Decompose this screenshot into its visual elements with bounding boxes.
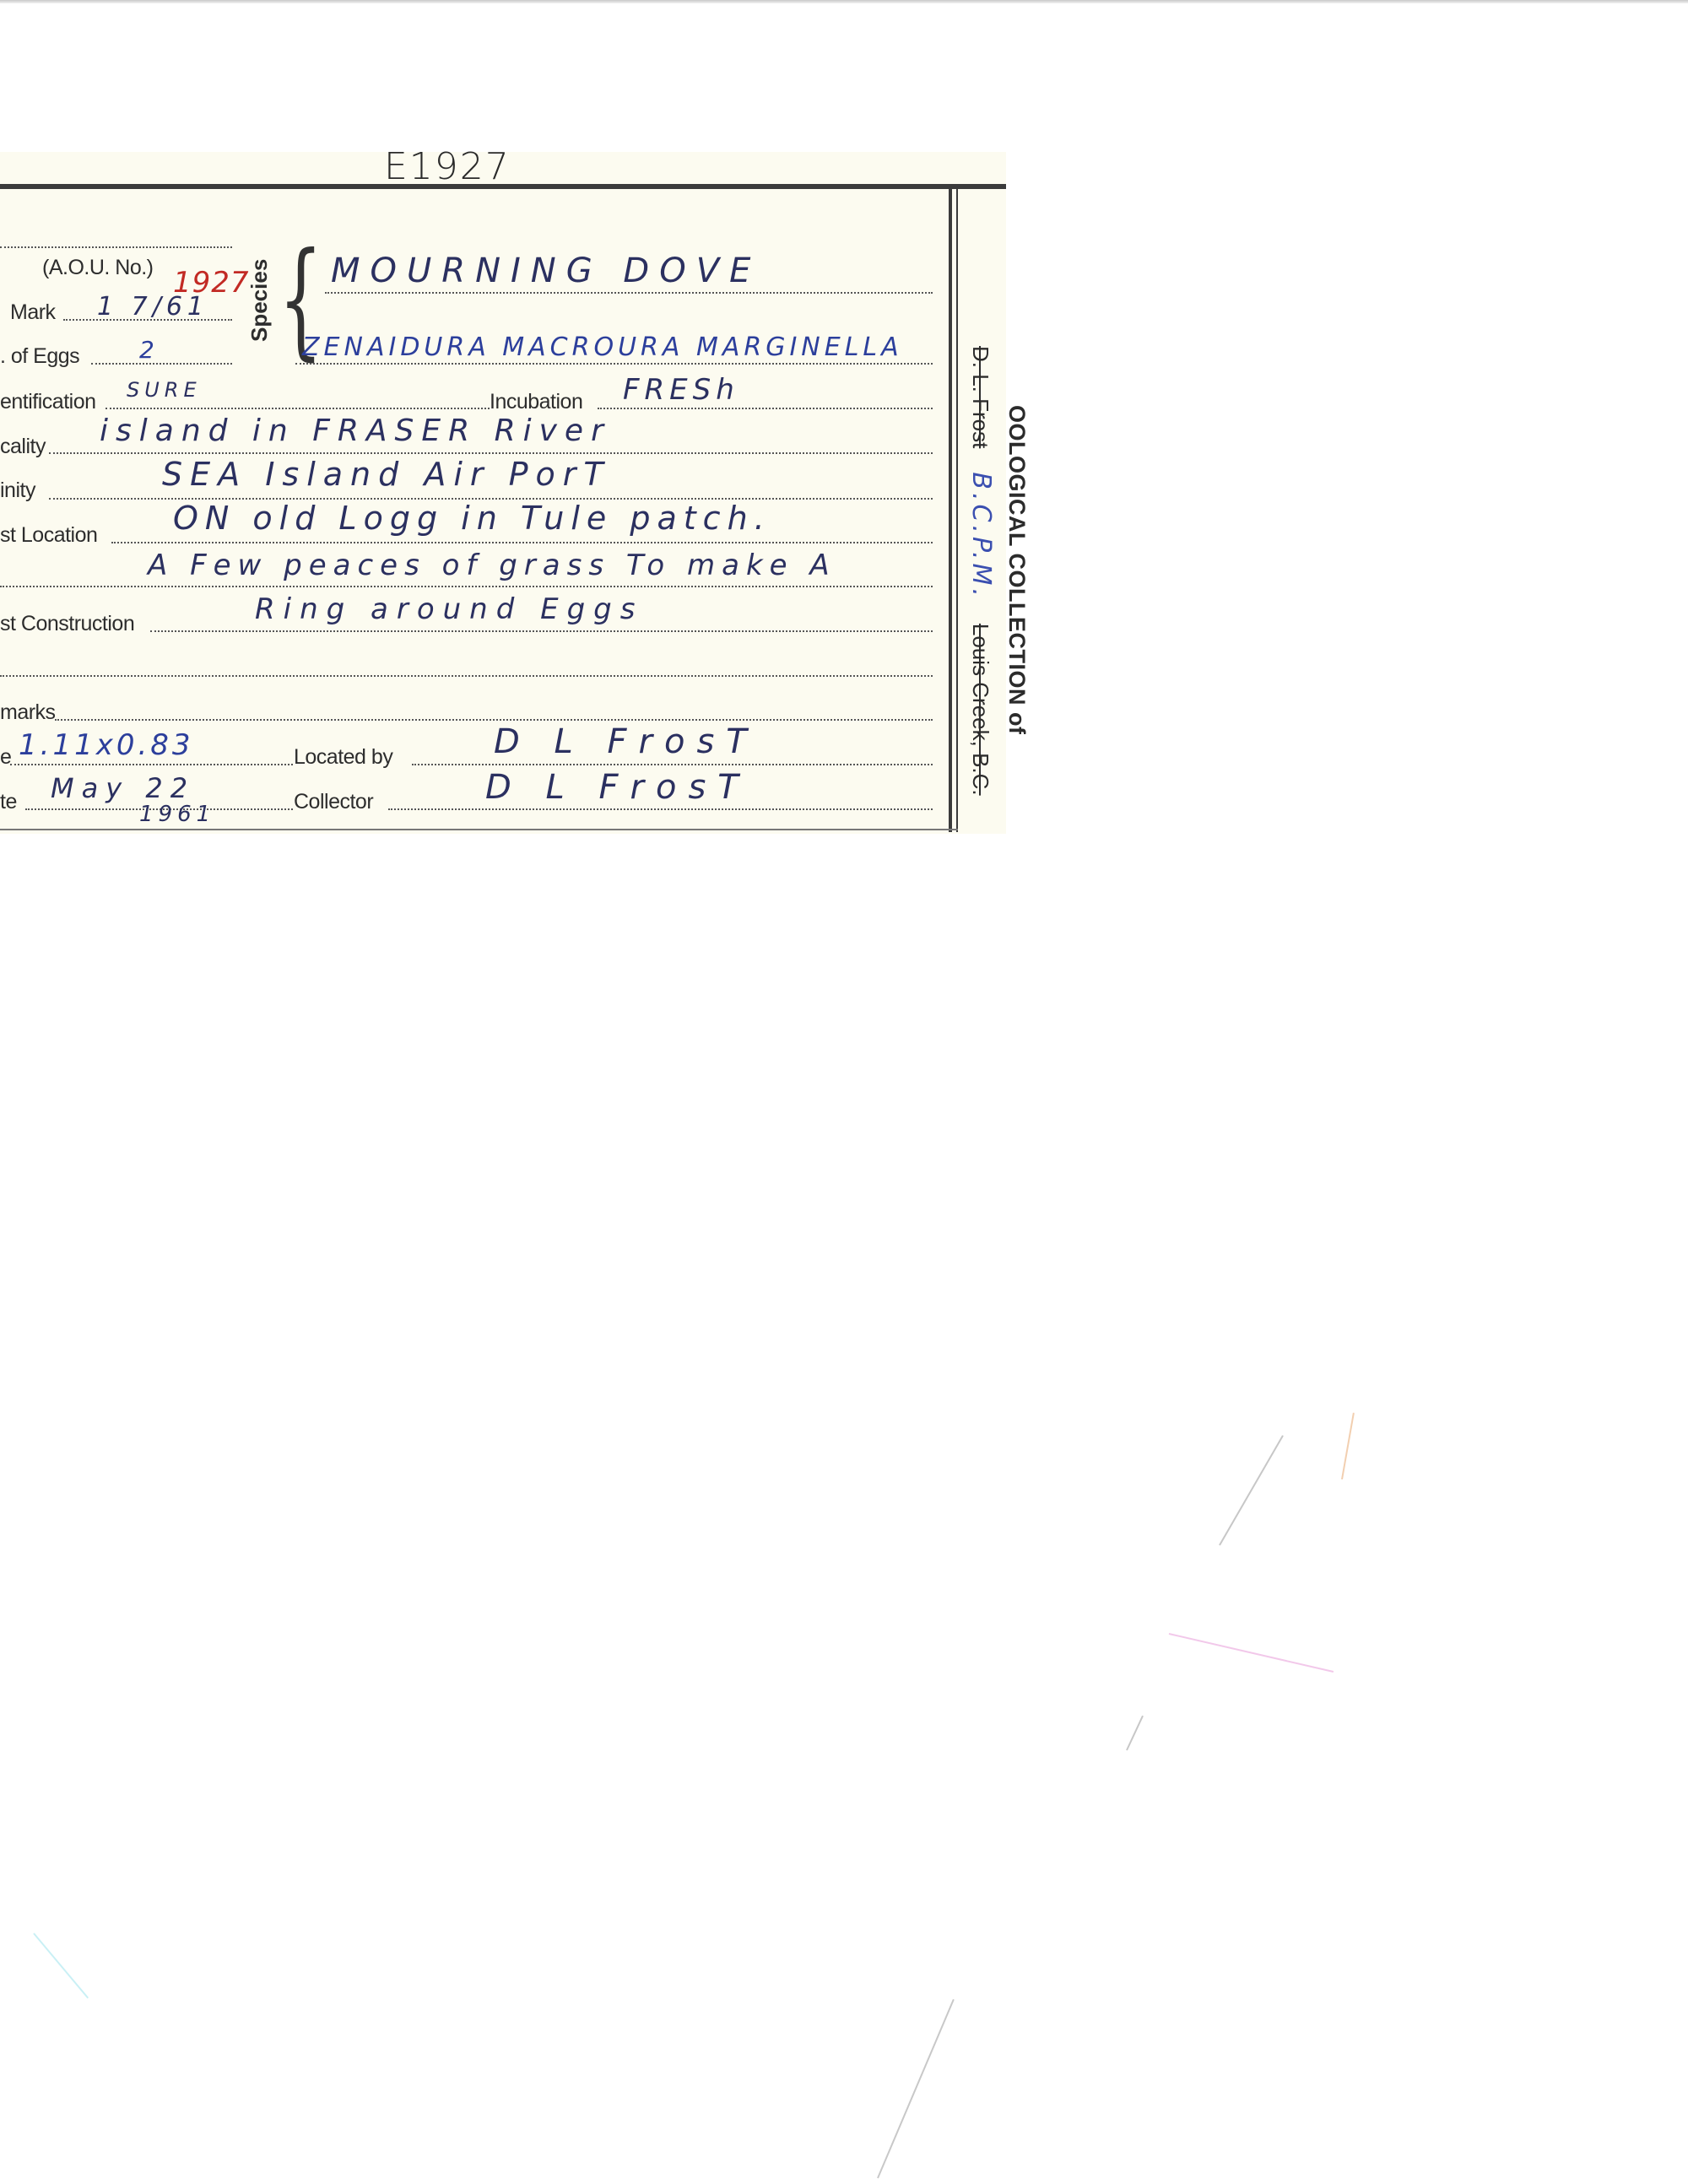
located-by-label: Located by xyxy=(294,745,392,770)
paper-fiber xyxy=(1341,1413,1355,1479)
incubation-value: FRESh xyxy=(623,373,739,407)
identification-value: SURE xyxy=(127,378,202,402)
size-label: e xyxy=(0,745,11,770)
top-rule xyxy=(0,184,1006,189)
species-common-name: MOURNING DOVE xyxy=(331,251,760,290)
bottom-rule xyxy=(0,829,958,830)
nest-location-label: st Location xyxy=(0,523,97,548)
remarks-line xyxy=(55,719,933,721)
set-mark-label: Mark xyxy=(10,300,56,325)
aou-label: (A.O.U. No.) xyxy=(42,256,154,280)
scan-edge xyxy=(0,0,1688,3)
collection-owner-row: D. L. FrostB.C.P.M.Louis Creek, B.C. xyxy=(966,346,996,796)
original-place: Louis Creek, B.C. xyxy=(968,624,993,796)
locality-label: cality xyxy=(0,435,46,459)
paper-fiber xyxy=(1126,1716,1144,1751)
located-by-value: D L FrosT xyxy=(494,722,759,761)
bcpm-annotation: B.C.P.M. xyxy=(966,472,996,600)
date-label: te xyxy=(0,790,17,814)
sidebar-rule-inner xyxy=(956,189,958,832)
original-owner: D. L. Frost xyxy=(968,346,993,448)
collector-value: D L FrosT xyxy=(485,768,750,807)
aou-line xyxy=(0,246,232,248)
common-name-line xyxy=(325,292,933,294)
collector-line xyxy=(388,808,933,810)
specimen-card: E1927 (A.O.U. No.) 1927 Mark 1 7/61 . of… xyxy=(0,152,1006,834)
paper-fiber xyxy=(33,1933,89,1998)
located-by-line xyxy=(412,764,933,765)
species-label: Species xyxy=(246,259,273,342)
paper-fiber xyxy=(1169,1633,1334,1673)
locality-line xyxy=(49,452,933,454)
vicinity-label: inity xyxy=(0,478,35,503)
nest-construction-label: st Construction xyxy=(0,612,134,636)
nest-location-value: ON old Logg in Tule patch. xyxy=(173,500,771,537)
sidebar-rule xyxy=(949,189,952,832)
nest-location-line xyxy=(111,542,933,543)
vicinity-value: SEA Island Air PorT xyxy=(162,456,611,493)
collector-label: Collector xyxy=(294,790,373,814)
scientific-name-line xyxy=(295,363,933,365)
locality-value: island in FRASER River xyxy=(100,414,611,448)
catalog-number: E1927 xyxy=(384,145,511,188)
date-value-month-day: May 22 xyxy=(51,772,195,804)
nest-construction-line-2 xyxy=(150,630,933,632)
paper-fiber xyxy=(877,1999,955,2178)
paper-fiber xyxy=(1219,1435,1284,1546)
blank-line xyxy=(0,675,933,677)
incubation-label: Incubation xyxy=(490,390,582,414)
species-scientific-name: ZENAIDURA MACROURA MARGINELLA xyxy=(302,332,903,362)
remarks-label: marks xyxy=(0,700,56,725)
identification-label: entification xyxy=(0,390,96,414)
size-line xyxy=(10,764,293,765)
nest-construction-value-2: Ring around Eggs xyxy=(255,592,643,626)
eggs-value: 2 xyxy=(139,336,160,364)
collection-title: OOLOGICAL COLLECTION of xyxy=(1004,405,1030,734)
nest-construction-value-1: A Few peaces of grass To make A xyxy=(148,549,836,582)
eggs-label: . of Eggs xyxy=(0,344,79,369)
identification-line xyxy=(105,408,490,409)
incubation-line xyxy=(598,408,933,409)
nest-construction-line-1 xyxy=(0,586,933,587)
date-value-year: 1961 xyxy=(139,802,215,827)
size-value: 1.11x0.83 xyxy=(19,728,194,762)
set-mark-value: 1 7/61 xyxy=(97,292,208,322)
eggs-line xyxy=(91,363,232,365)
